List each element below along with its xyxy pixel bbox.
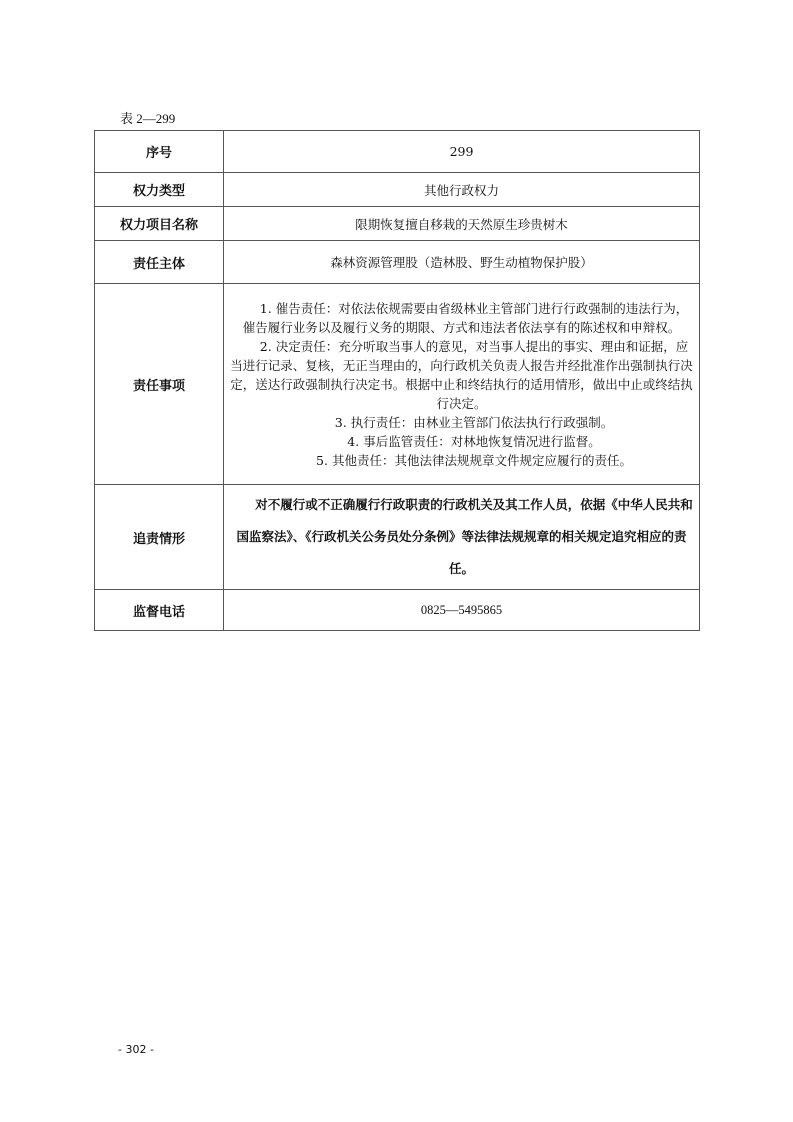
label-accountability: 追责情形 [95, 485, 224, 590]
table-row-responsible-subject: 责任主体 森林资源管理股（造林股、野生动植物保护股） [95, 241, 700, 284]
value-responsibility-items: 1. 催告责任：对依法依规需要由省级林业主管部门进行行政强制的违法行为，催告履行… [224, 284, 700, 485]
page-number: - 302 - [118, 1043, 154, 1056]
table-caption: 表 2—299 [120, 108, 175, 127]
table-row-serial: 序号 299 [95, 131, 700, 173]
accountability-text: 对不履行或不正确履行行政职责的行政机关及其工作人员，依据《中华人民共和国监察法》… [230, 489, 693, 585]
label-responsible-subject: 责任主体 [95, 241, 224, 284]
responsibility-item: 3. 执行责任：由林业主管部门依法执行行政强制。 [230, 413, 693, 432]
label-serial: 序号 [95, 131, 224, 173]
table-row-supervision-phone: 监督电话 0825—5495865 [95, 590, 700, 631]
table-row-responsibility-items: 责任事项 1. 催告责任：对依法依规需要由省级林业主管部门进行行政强制的违法行为… [95, 284, 700, 485]
table-row-accountability: 追责情形 对不履行或不正确履行行政职责的行政机关及其工作人员，依据《中华人民共和… [95, 485, 700, 590]
label-power-name: 权力项目名称 [95, 207, 224, 241]
value-supervision-phone: 0825—5495865 [224, 590, 700, 631]
value-serial: 299 [224, 131, 700, 173]
value-accountability: 对不履行或不正确履行行政职责的行政机关及其工作人员，依据《中华人民共和国监察法》… [224, 485, 700, 590]
responsibility-item: 2. 决定责任：充分听取当事人的意见，对当事人提出的事实、理由和证据，应当进行记… [230, 337, 693, 413]
label-supervision-phone: 监督电话 [95, 590, 224, 631]
responsibility-table: 序号 299 权力类型 其他行政权力 权力项目名称 限期恢复擅自移栽的天然原生珍… [94, 130, 700, 631]
label-power-type: 权力类型 [95, 173, 224, 207]
responsibility-item: 1. 催告责任：对依法依规需要由省级林业主管部门进行行政强制的违法行为，催告履行… [230, 299, 693, 337]
table-row-power-name: 权力项目名称 限期恢复擅自移栽的天然原生珍贵树木 [95, 207, 700, 241]
label-responsibility-items: 责任事项 [95, 284, 224, 485]
value-power-name: 限期恢复擅自移栽的天然原生珍贵树木 [224, 207, 700, 241]
responsibility-item: 4. 事后监管责任：对林地恢复情况进行监督。 [230, 432, 693, 451]
value-power-type: 其他行政权力 [224, 173, 700, 207]
table-row-power-type: 权力类型 其他行政权力 [95, 173, 700, 207]
value-responsible-subject: 森林资源管理股（造林股、野生动植物保护股） [224, 241, 700, 284]
responsibility-item: 5. 其他责任：其他法律法规规章文件规定应履行的责任。 [230, 451, 693, 470]
